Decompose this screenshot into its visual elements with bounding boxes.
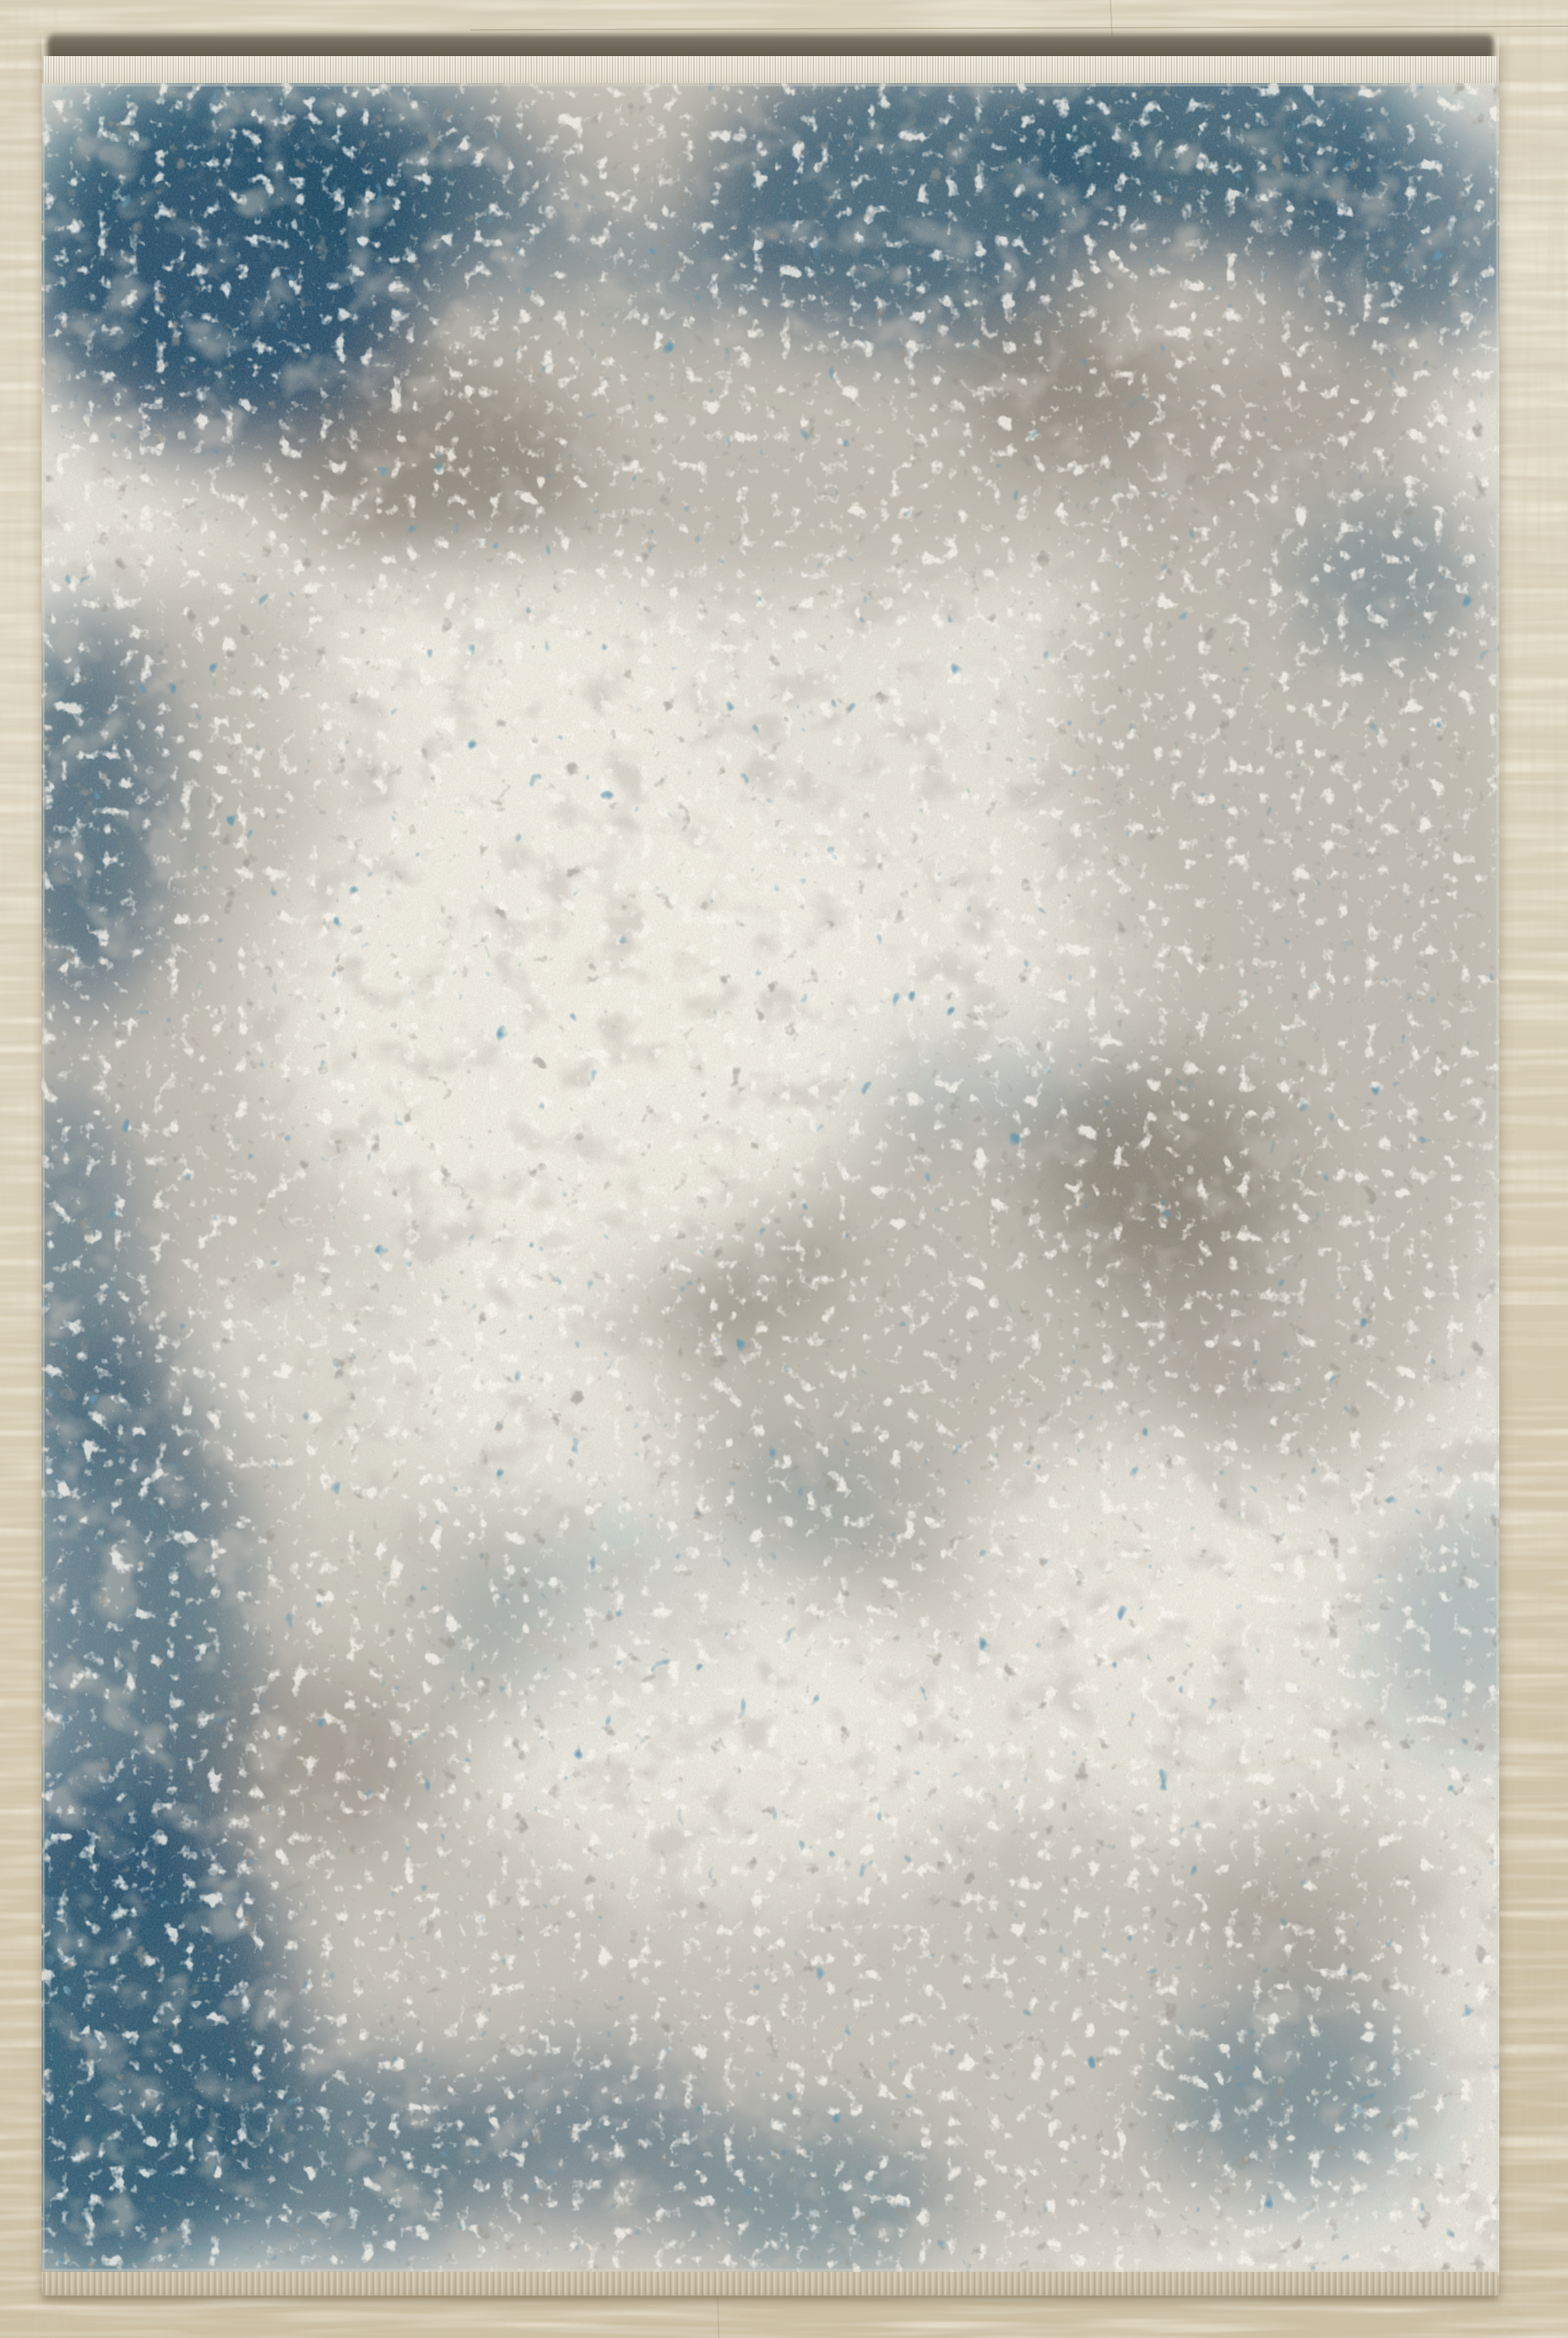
rug-pattern [42,83,1499,2272]
rug-fringe-top [43,56,1498,85]
rug-fringe-bottom [43,2272,1497,2295]
area-rug [42,34,1499,2295]
rug-photo [0,0,1568,2338]
rug-texture-pile-grain [42,83,1499,2272]
